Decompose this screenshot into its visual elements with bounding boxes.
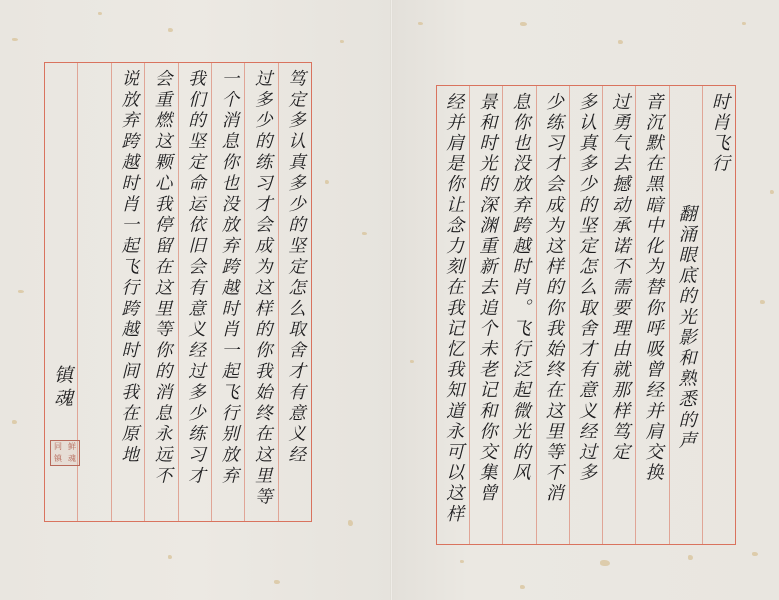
right-column-3: 音沉默在黑暗中化为替你呼吸曾经并肩交换 [635, 86, 668, 544]
calligraphy-text: 笃定多认真多少的坚定怎么取舍才有意义经 [286, 69, 304, 521]
calligraphy-text: 一个消息你也没放弃跨越时肖一起飞行别放弃 [219, 69, 237, 521]
right-column-title: 时肖飞行 [702, 86, 735, 544]
gold-fleck [98, 12, 102, 15]
signature: 镇魂 [49, 365, 76, 411]
gold-fleck [770, 190, 774, 194]
left-column-2: 过多少的练习才会成为这样的你我始终在这里等 [244, 63, 277, 521]
left-column-5: 会重燃这颗心我停留在这里等你的消息永远不 [144, 63, 177, 521]
calligraphy-text: 过勇气去撼动承诺不需要理由就那样笃定 [610, 92, 628, 544]
gold-fleck [348, 520, 353, 526]
left-column-4: 我们的坚定命运依旧会有意义经过多少练习才 [178, 63, 211, 521]
gold-fleck [325, 180, 329, 184]
gold-fleck [688, 555, 693, 560]
calligraphy-text: 我们的坚定命运依旧会有意义经过多少练习才 [186, 69, 204, 521]
left-column-3: 一个消息你也没放弃跨越时肖一起飞行别放弃 [211, 63, 244, 521]
left-column-7-empty [77, 63, 110, 521]
calligraphy-text: 音沉默在黑暗中化为替你呼吸曾经并肩交换 [643, 92, 661, 544]
gold-fleck [12, 38, 18, 41]
left-column-6: 说放弃跨越时肖一起飞行跨越时间我在原地 [111, 63, 144, 521]
gold-fleck [18, 290, 24, 293]
right-page-ruled-sheet: 时肖飞行 翻涌眼底的光影和熟悉的声 音沉默在黑暗中化为替你呼吸曾经并肩交换 过勇… [436, 85, 736, 545]
gold-fleck [742, 22, 746, 25]
calligraphy-text: 经并肩是你让念力刻在我记忆我知道永可以这样 [444, 92, 462, 544]
gold-fleck [274, 580, 280, 584]
right-column-2: 翻涌眼底的光影和熟悉的声 [669, 86, 702, 544]
gold-fleck [168, 28, 173, 32]
right-column-6: 少练习才会成为这样的你我始终在这里等不消 [536, 86, 569, 544]
calligraphy-text: 息你也没放弃跨越时肖。飞行泛起微光的风 [511, 92, 529, 544]
gold-fleck [168, 555, 172, 559]
gold-fleck [460, 560, 464, 563]
calligraphy-title: 时肖飞行 [710, 92, 728, 544]
page-fold [390, 0, 393, 600]
calligraphy-text: 会重燃这颗心我停留在这里等你的消息永远不 [153, 69, 171, 521]
gold-fleck [618, 40, 623, 44]
right-column-9: 经并肩是你让念力刻在我记忆我知道永可以这样 [437, 86, 469, 544]
gold-fleck [520, 585, 525, 589]
red-seal-stamp: 同 鲜 镇 魂 [50, 440, 80, 466]
gold-fleck [760, 300, 765, 304]
calligraphy-text: 少练习才会成为这样的你我始终在这里等不消 [544, 92, 562, 544]
right-column-4: 过勇气去撼动承诺不需要理由就那样笃定 [602, 86, 635, 544]
gold-fleck [410, 360, 414, 363]
gold-fleck [340, 40, 344, 43]
left-page-ruled-sheet: 笃定多认真多少的坚定怎么取舍才有意义经 过多少的练习才会成为这样的你我始终在这里… [44, 62, 312, 522]
gold-fleck [362, 232, 367, 235]
gold-fleck [752, 552, 758, 556]
right-column-5: 多认真多少的坚定怎么取舍才有意义经过多 [569, 86, 602, 544]
calligraphy-text: 说放弃跨越时肖一起飞行跨越时间我在原地 [119, 69, 137, 521]
seal-char: 镇 [51, 453, 65, 465]
calligraphy-text: 多认真多少的坚定怎么取舍才有意义经过多 [577, 92, 595, 544]
seal-char: 魂 [65, 453, 79, 465]
right-column-7: 息你也没放弃跨越时肖。飞行泛起微光的风 [502, 86, 535, 544]
calligraphy-text: 翻涌眼底的光影和熟悉的声 [677, 204, 695, 544]
gold-fleck [600, 560, 610, 566]
seal-char: 鲜 [65, 441, 79, 453]
left-column-1: 笃定多认真多少的坚定怎么取舍才有意义经 [278, 63, 311, 521]
gold-fleck [520, 22, 527, 26]
gold-fleck [12, 420, 17, 424]
calligraphy-text: 景和时光的深渊重新去追个未老记和你交集曾 [477, 92, 495, 544]
right-column-8: 景和时光的深渊重新去追个未老记和你交集曾 [469, 86, 502, 544]
calligraphy-text: 过多少的练习才会成为这样的你我始终在这里等 [253, 69, 271, 521]
gold-fleck [418, 22, 423, 25]
seal-char: 同 [51, 441, 65, 453]
